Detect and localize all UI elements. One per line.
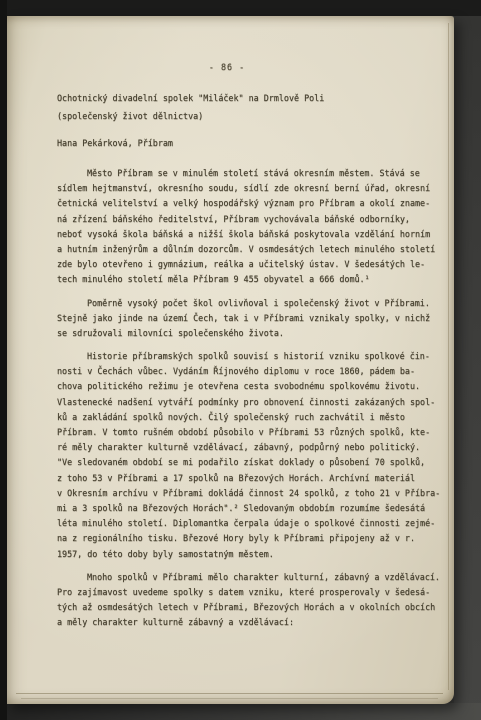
author-line: Hana Pekárková, Příbram [57,138,173,148]
document-page: - 86 - Ochotnický divadelní spolek "Milá… [7,16,454,704]
text-line: nosti v Čechách vůbec. Vydáním Říjnového… [57,364,452,379]
page-stack-edge [21,698,438,699]
text-line: neboť vysoká škola báňská a nižší škola … [57,227,452,242]
text-line: ré měly charakter kulturně vzdělávací, z… [57,440,452,455]
text-line: sídlem hejtmanství, okresního soudu, síd… [57,181,452,196]
document-title: Ochotnický divadelní spolek "Miláček" na… [57,93,324,103]
body-text: Město Příbram se v minulém století stává… [57,166,452,630]
text-line: ná zřízení báňského ředitelství, Příbram… [57,212,452,227]
scanned-book-photo: - 86 - Ochotnický divadelní spolek "Milá… [0,0,481,720]
text-line: tých až osmdesátých letech v Příbrami, B… [57,600,452,615]
text-line: Stejně jako jinde na území Čech, tak i v… [57,311,452,326]
text-line: Historie příbramských spolků souvisí s h… [57,349,452,364]
page-stack-edge [16,693,443,694]
text-line: chova politického režimu je otevřena ces… [57,379,452,394]
paragraph-4: Mnoho spolků v Příbrami mělo charakter k… [57,570,452,631]
text-line: se sdružovali milovníci společenského ži… [57,326,452,341]
scan-background-left [0,0,7,720]
text-line: ků a zakládání spolků nových. Čilý spole… [57,410,452,425]
text-line: a měly charakter kulturně zábavný a vzdě… [57,615,452,630]
paragraph-1: Město Příbram se v minulém století stává… [57,166,452,288]
text-line: 1957, do této doby byly samostatným měst… [57,547,452,562]
scan-background-right [454,16,481,720]
text-line: na z regionálního tisku. Březové Hory by… [57,531,452,546]
text-line: Vlastenecké nadšení vytváří podmínky pro… [57,395,452,410]
text-line: Příbram. V tomto rušném období působilo … [57,425,452,440]
scan-background-top [0,0,481,16]
text-line: v Okresním archívu v Příbrami dokládá či… [57,486,452,501]
text-line: zde bylo otevřeno i gymnázium, reálka a … [57,257,452,272]
text-line: četnická velitelství a velký hospodářský… [57,196,452,211]
text-line: léta minulého století. Diplomantka čerpa… [57,516,452,531]
text-line: Poměrně vysoký počet škol ovlivňoval i s… [57,296,452,311]
text-line: Pro zajímavost uvedeme spolky s datem vz… [57,585,452,600]
text-line: "Ve sledovaném období se mi podařilo zís… [57,455,452,470]
text-line: tech minulého století měla Příbram 9 455… [57,272,452,287]
text-line: Město Příbram se v minulém století stává… [57,166,452,181]
scan-background-bottom [0,703,481,720]
document-subtitle: (společenský život dělnictva) [57,111,203,121]
paragraph-3: Historie příbramských spolků souvisí s h… [57,349,452,562]
page-number: - 86 - [57,62,397,72]
text-line: a hutním inženýrům a důlním dozorcům. V … [57,242,452,257]
text-line: Mnoho spolků v Příbrami mělo charakter k… [57,570,452,585]
text-line: mi a 3 spolků na Březových Horách".² Sle… [57,501,452,516]
paragraph-2: Poměrně vysoký počet škol ovlivňoval i s… [57,296,452,342]
text-line: z toho 53 v Příbrami a 17 spolků na Břez… [57,471,452,486]
